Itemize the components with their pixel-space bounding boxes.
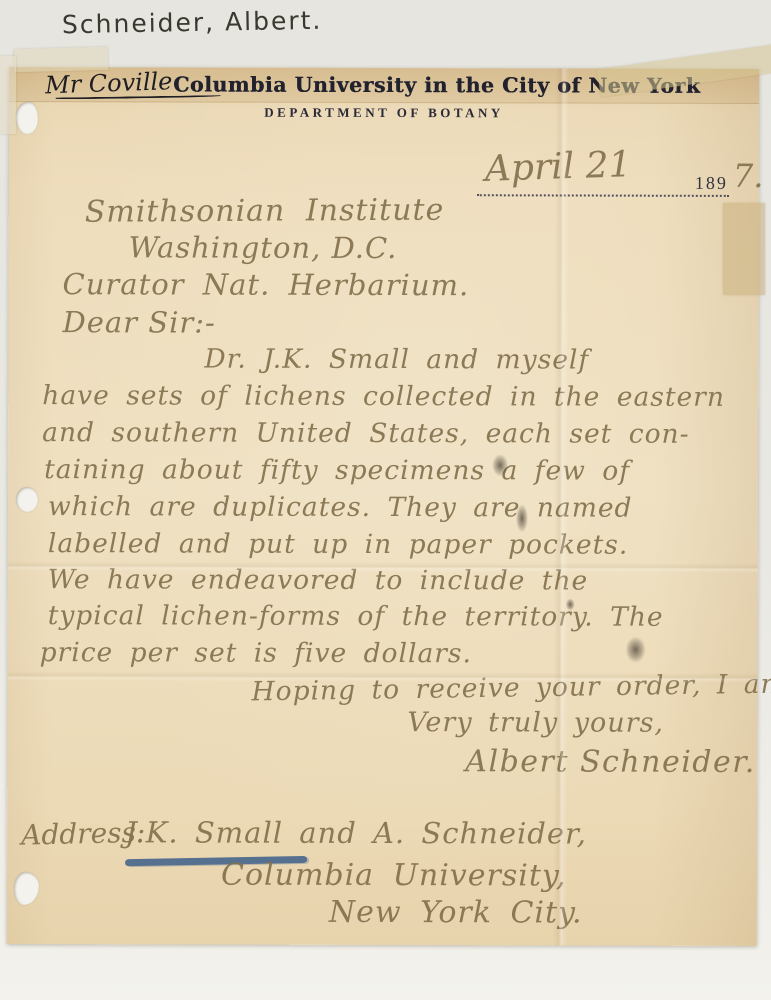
closing-line-2: Very truly yours, [407,707,664,739]
body-line: Dr. J.K. Small and myself [204,344,589,376]
letterhead-department: DEPARTMENT OF BOTANY [9,104,759,122]
recipient-city: Washington, D.C. [129,230,398,265]
ink-smudge [492,454,508,476]
ink-smudge [516,504,528,532]
punch-hole-middle [16,487,38,512]
signature: Albert Schneider. [465,744,756,780]
body-line: taining about fifty specimens a few of [44,454,630,487]
fold-crease-horizontal [8,561,758,573]
coville-annotation: Mr Coville [45,67,173,99]
handwritten-year-digit: 7. [733,157,764,195]
scanned-letter-page: Schneider, Albert. Mr Coville Columbia U… [0,0,771,1000]
printed-year: 189 [695,173,728,194]
address-line-1: J.K. Small and A. Schneider, [125,815,587,850]
body-line: and southern United States, each set con… [42,417,689,450]
ink-smudge [566,598,575,610]
salutation: Dear Sir:- [62,305,215,339]
body-line: price per set is five dollars. [40,637,472,669]
fold-crease-vertical [553,68,569,945]
tape-strip-right-edge [723,203,765,295]
tape-strip-top-left [14,47,109,72]
catalog-label: Schneider, Albert. [62,6,323,40]
body-line: have sets of lichens collected in the ea… [42,380,725,413]
body-line: which are duplicates. They are named [48,491,633,524]
punch-hole-top [16,102,38,134]
fold-crease-horizontal [8,671,758,683]
letter-paper: Mr Coville Columbia University in the Ci… [7,67,759,946]
tape-strip-left-edge [0,56,16,134]
address-line-2: Columbia University, [221,858,566,894]
body-line: labelled and put up in paper pockets. [48,528,628,561]
recipient-institution: Smithsonian Institute [85,193,445,230]
address-line-3: New York City. [329,895,583,931]
ink-smudge [626,637,646,663]
recipient-attention: Curator Nat. Herbarium. [63,267,470,302]
